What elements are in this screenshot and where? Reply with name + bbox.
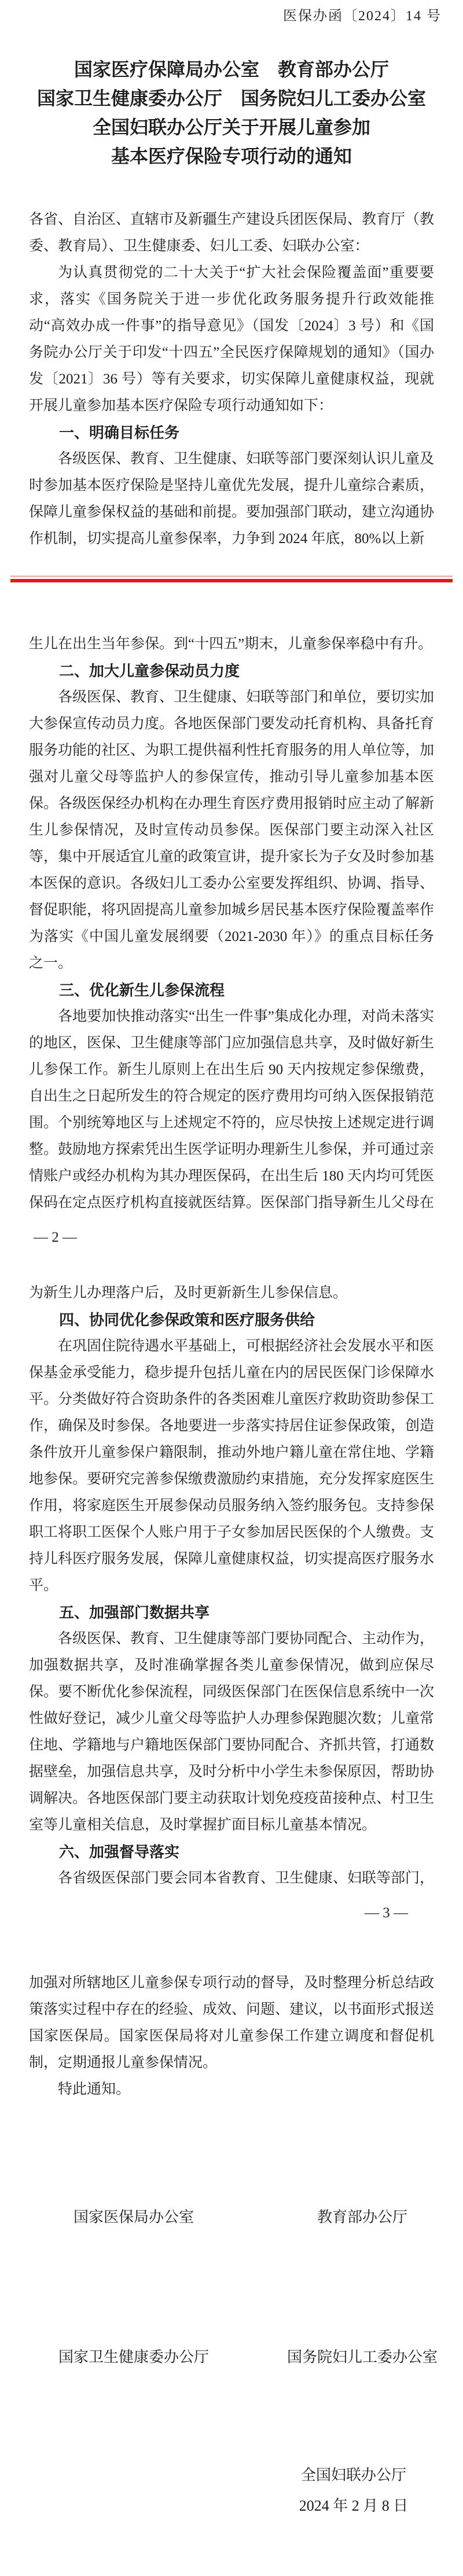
signature-row-1: 国家医保局办公室 教育部办公厅 (29, 2204, 434, 2231)
page-separator-red-line (10, 575, 453, 582)
section-3-paragraph-page2: 各地要加快推动落实“出生一件事”集成化办理，对尚未落实的地区，医保、卫生健康等部… (29, 1003, 434, 1216)
section-6-paragraph-page4: 加强对所辖地区儿童参保专项行动的督导，及时整理分析总结政策落实过程中存在的经验、… (29, 1970, 434, 2076)
section-5-paragraph: 各级医保、教育、卫生健康等部门要协同配合、主动作为，加强数据共享，及时准确掌握各… (29, 1626, 434, 1839)
section-6-heading: 六、加强督导落实 (29, 1839, 434, 1865)
signature-date-row: 2024 年 2 月 8 日 (29, 2493, 434, 2519)
title-line-3: 全国妇联办公厅关于开展儿童参加 (29, 113, 434, 142)
signature-nhsa-office: 国家医保局办公室 (74, 2204, 194, 2231)
intro-paragraph: 为认真贯彻党的二十大关于“扩大社会保险覆盖面”重要要求，落实《国务院关于进一步优… (29, 260, 434, 419)
document-date: 2024 年 2 月 8 日 (299, 2493, 409, 2519)
page-number-2: — 2 — (29, 1224, 434, 1251)
title-line-1: 国家医疗保障局办公室 教育部办公厅 (29, 55, 434, 84)
section-3-paragraph-page3: 为新生儿办理落户后，及时更新新生儿参保信息。 (29, 1280, 434, 1307)
document-number: 医保办函〔2024〕14 号 (29, 8, 442, 25)
section-6-paragraph-page3: 各省级医保部门要会同本省教育、卫生健康、妇联等部门， (29, 1865, 434, 1892)
signature-row-3: 全国妇联办公厅 (29, 2462, 434, 2489)
section-2-paragraph: 各级医保、教育、卫生健康、妇联等部门和单位，要切实加大参保宣传动员力度。各地医保… (29, 684, 434, 977)
title-line-2: 国家卫生健康委办公厅 国务院妇儿工委办公室 (29, 84, 434, 113)
signature-acwf-office: 全国妇联办公厅 (301, 2462, 406, 2489)
signature-moe-office: 教育部办公厅 (317, 2204, 407, 2231)
signature-nwccw-office: 国务院妇儿工委办公室 (287, 2344, 438, 2371)
document-page: 医保办函〔2024〕14 号 国家医疗保障局办公室 教育部办公厅 国家卫生健康委… (0, 0, 463, 2576)
section-5-heading: 五、加强部门数据共享 (29, 1599, 434, 1626)
salutation: 各省、自治区、直辖市及新疆生产建设兵团医保局、教育厅（教委、教育局）、卫生健康委… (29, 206, 434, 260)
closing-notice: 特此通知。 (29, 2076, 434, 2103)
title-line-4: 基本医疗保险专项行动的通知 (29, 142, 434, 171)
section-4-paragraph: 在巩固住院待遇水平基础上，可根据经济社会发展水平和医保基金承受能力，稳步提升包括… (29, 1333, 434, 1599)
section-2-heading: 二、加大儿童参保动员力度 (29, 658, 434, 684)
section-4-heading: 四、协同优化参保政策和医疗服务供给 (29, 1307, 434, 1333)
red-line-thin (10, 575, 453, 577)
section-3-heading: 三、优化新生儿参保流程 (29, 977, 434, 1003)
section-1-paragraph-page2: 生儿在出生当年参保。到“十四五”期末，儿童参保率稳中有升。 (29, 631, 434, 658)
section-1-heading: 一、明确目标任务 (29, 419, 434, 446)
red-line-thick (10, 579, 453, 582)
signature-row-2: 国家卫生健康委办公厅 国务院妇儿工委办公室 (29, 2344, 434, 2371)
page-number-3: — 3 — (29, 1900, 434, 1927)
document-title: 国家医疗保障局办公室 教育部办公厅 国家卫生健康委办公厅 国务院妇儿工委办公室 … (29, 55, 434, 171)
section-1-paragraph-page1: 各级医保、教育、卫生健康、妇联等部门要深刻认识儿童及时参加基本医疗保险是坚持儿童… (29, 446, 434, 552)
signature-nhc-office: 国家卫生健康委办公厅 (58, 2344, 209, 2371)
